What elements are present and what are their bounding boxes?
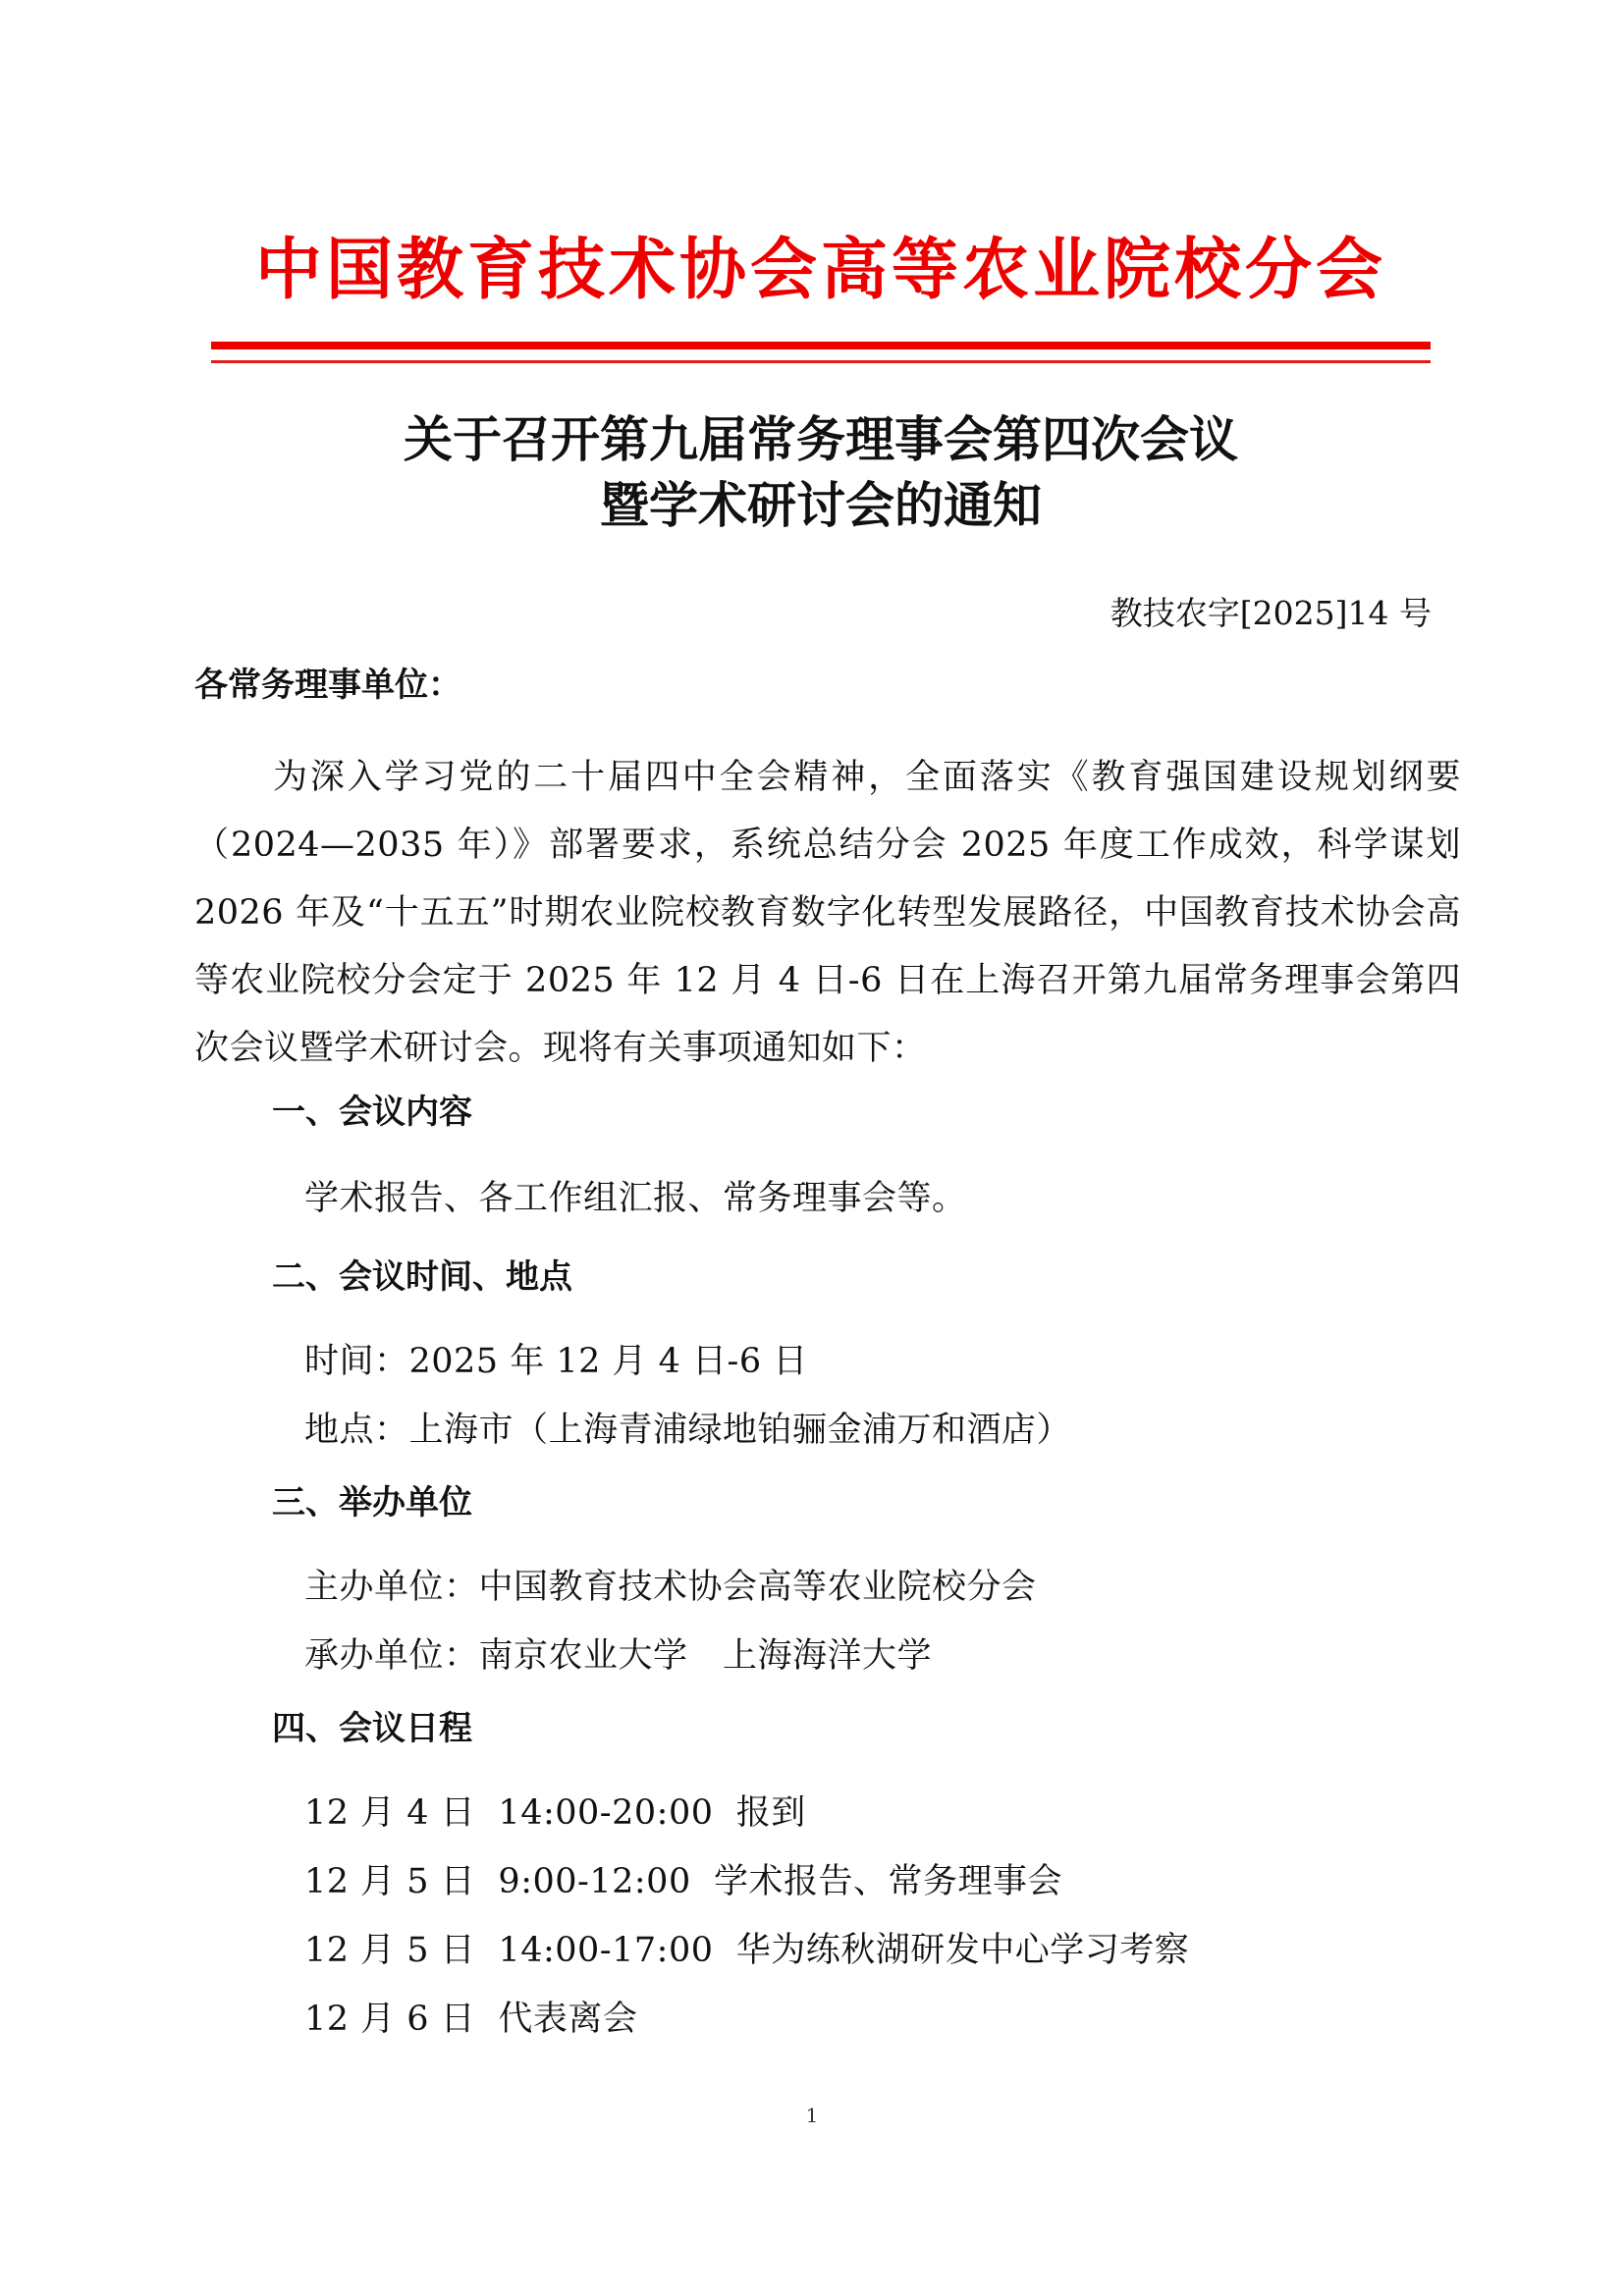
section-heading: 一、会议内容 (272, 1088, 472, 1137)
co-host-organizations: 承办单位：南京农业大学 上海海洋大学 (304, 1631, 932, 1681)
section-heading: 三、举办单位 (272, 1478, 472, 1527)
section-line: 学术报告、各工作组汇报、常务理事会等。 (304, 1174, 967, 1223)
document-number: 教技农字[2025]14 号 (1110, 589, 1432, 638)
schedule-item: 12 月 5 日 14:00-17:00 华为练秋湖研发中心学习考察 (304, 1926, 1189, 1975)
section-heading: 二、会议时间、地点 (272, 1253, 572, 1302)
schedule-item: 12 月 6 日 代表离会 (304, 1995, 637, 2044)
schedule-item: 12 月 4 日 14:00-20:00 报到 (304, 1789, 806, 1838)
document-title-line-1: 关于召开第九届常务理事会第四次会议 (211, 406, 1431, 472)
intro-paragraph: 为深入学习党的二十届四中全会精神，全面落实《教育强国建设规划纲要（2024—20… (194, 744, 1461, 1083)
meeting-location: 地点：上海市（上海青浦绿地铂骊金浦万和酒店） (304, 1406, 1071, 1455)
letterhead-thin-rule (211, 360, 1431, 363)
letterhead-thick-rule (211, 342, 1431, 349)
organization-letterhead: 中国教育技术协会高等农业院校分会 (211, 224, 1431, 318)
document-title: 关于召开第九届常务理事会第四次会议 暨学术研讨会的通知 (211, 406, 1431, 538)
host-organization: 主办单位：中国教育技术协会高等农业院校分会 (304, 1563, 1037, 1612)
page-number: 1 (0, 2101, 1624, 2130)
meeting-time: 时间：2025 年 12 月 4 日-6 日 (304, 1337, 808, 1386)
salutation: 各常务理事单位： (194, 661, 461, 710)
schedule-item: 12 月 5 日 9:00-12:00 学术报告、常务理事会 (304, 1857, 1062, 1906)
section-heading: 四、会议日程 (272, 1704, 472, 1753)
document-title-line-2: 暨学术研讨会的通知 (211, 472, 1431, 538)
